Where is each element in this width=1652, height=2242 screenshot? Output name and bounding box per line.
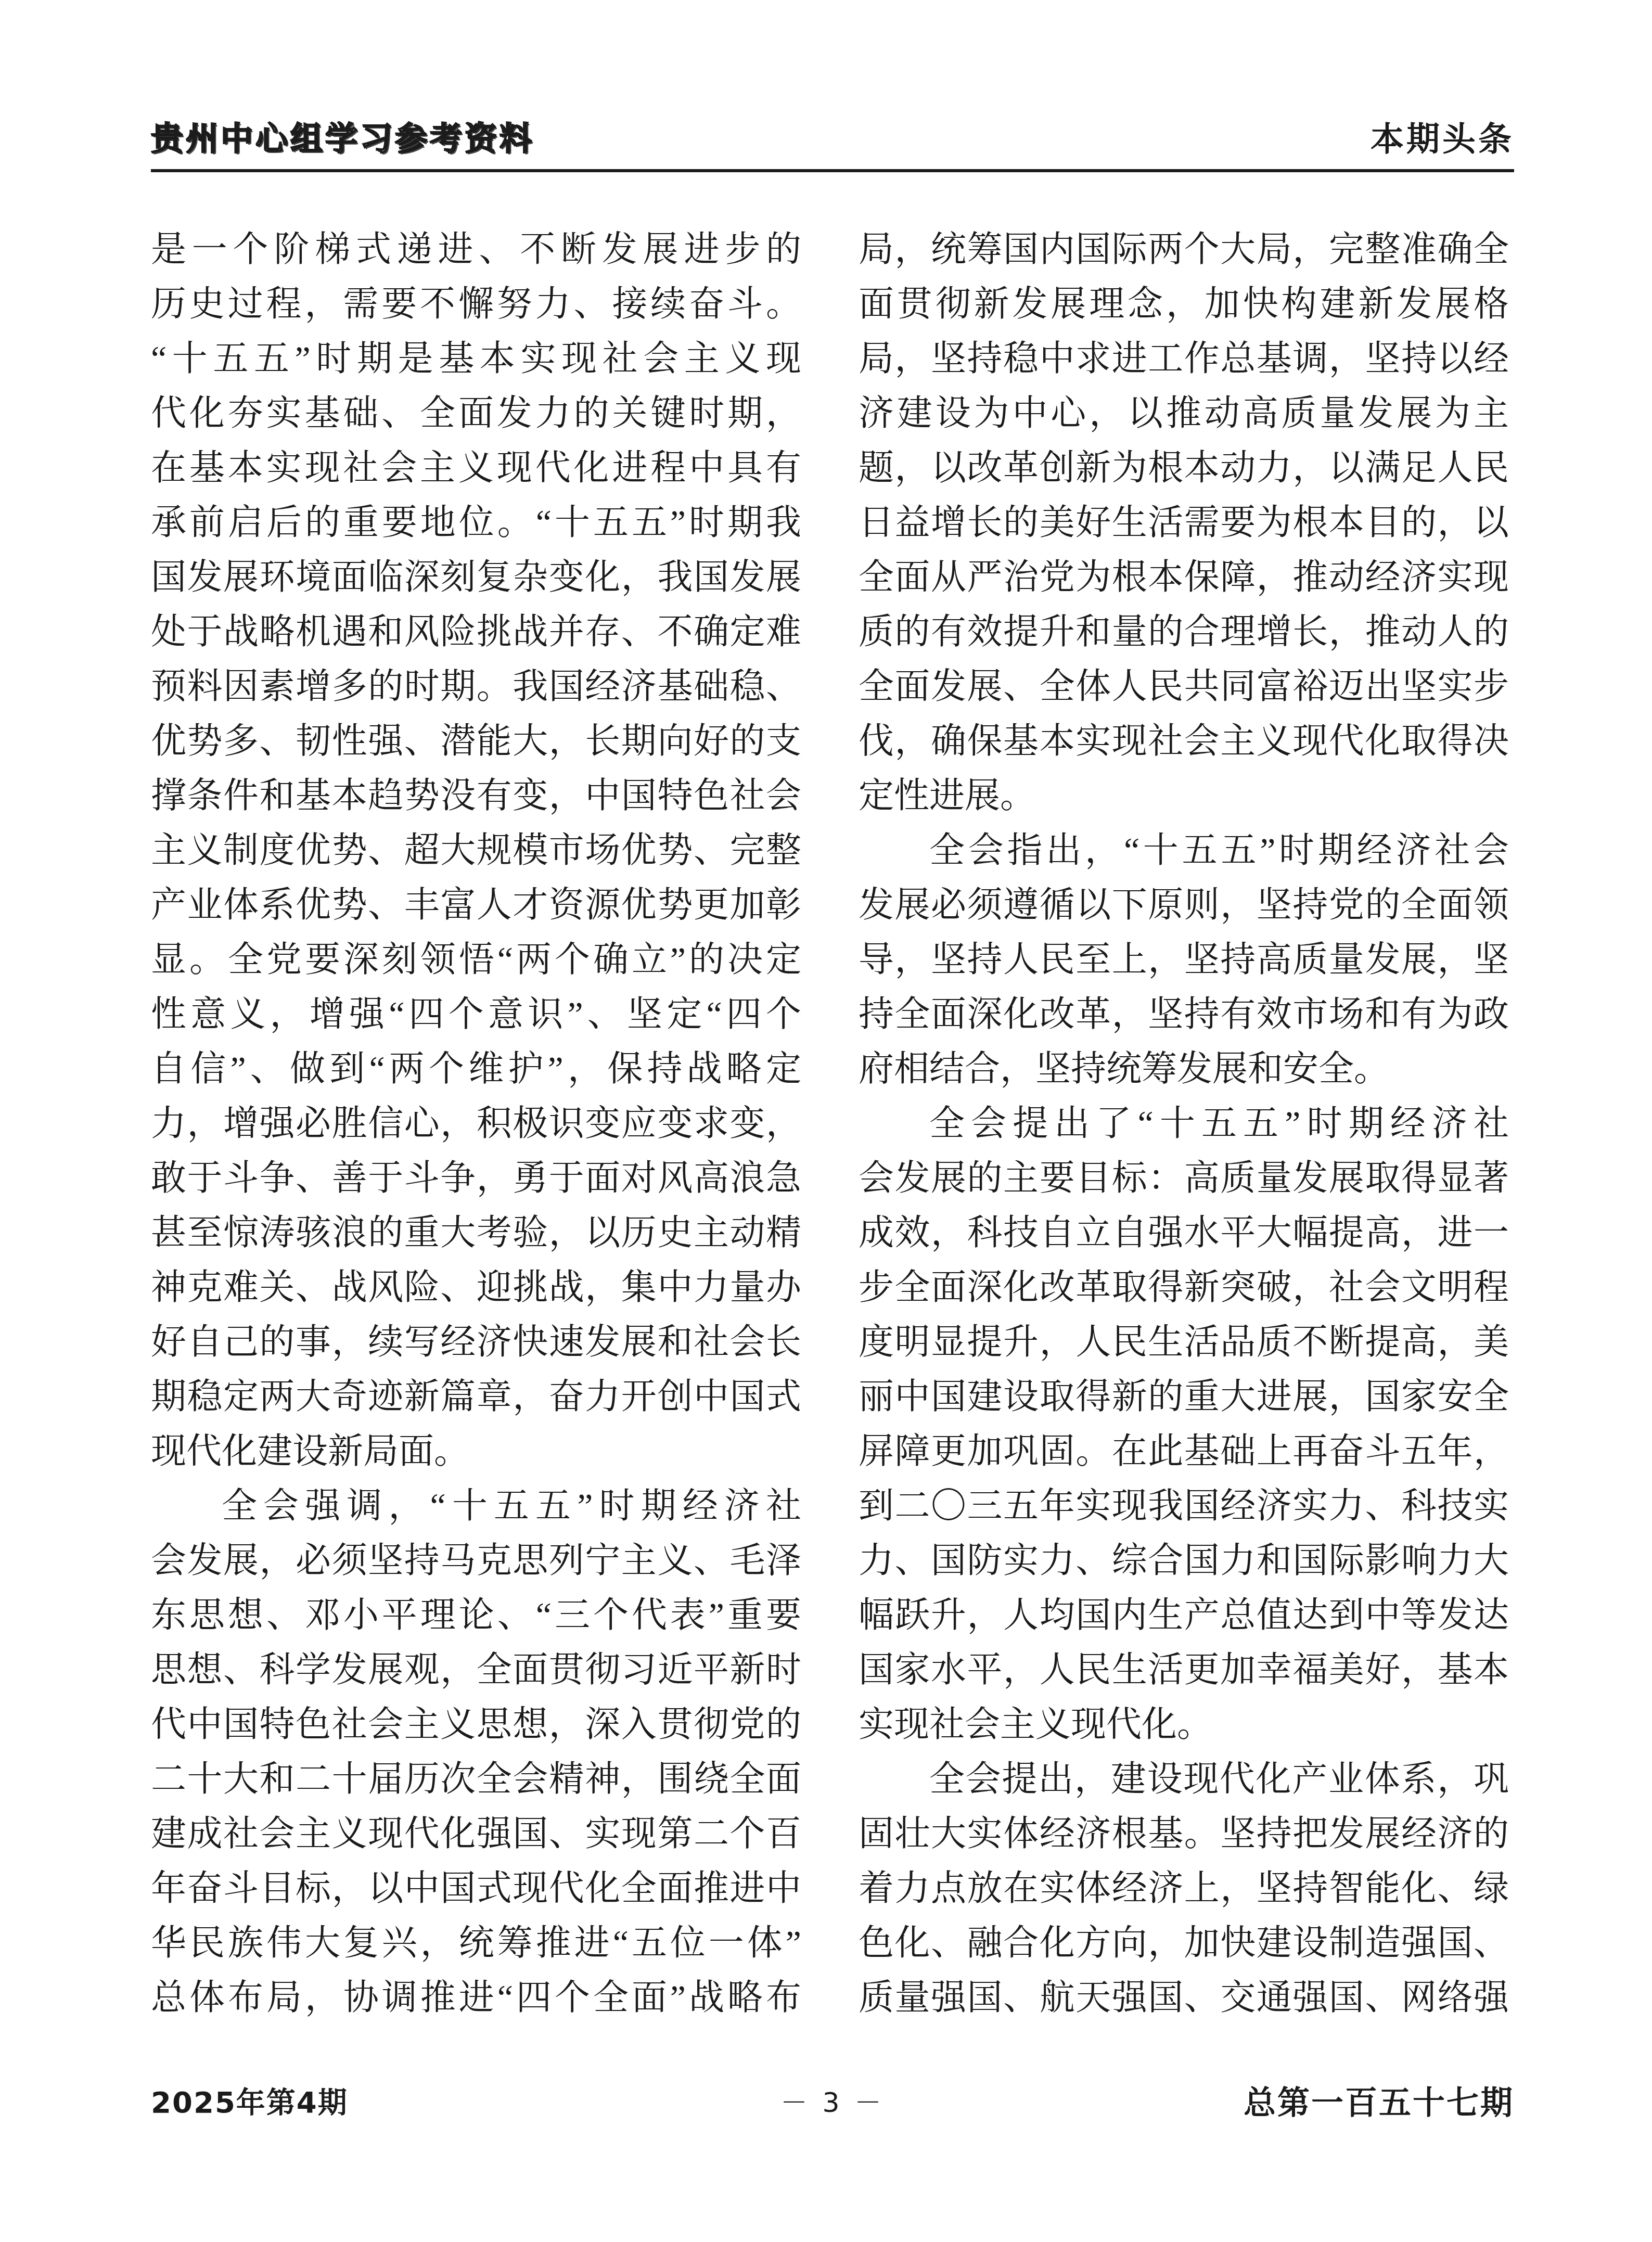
text-line: 好自己的事，续写经济快速发展和社会长: [151, 1315, 801, 1369]
text-line: 度明显提升，人民生活品质不断提高，美: [859, 1315, 1509, 1369]
text-line: 处于战略机遇和风险挑战并存、不确定难: [151, 605, 801, 659]
cumulative-issue-label: 总第一百五十七期: [1244, 2077, 1514, 2123]
text-line: 在基本实现社会主义现代化进程中具有: [151, 441, 801, 495]
text-line: 全会提出，建设现代化产业体系，巩: [859, 1752, 1509, 1807]
text-line: 国家水平，人民生活更加幸福美好，基本: [859, 1643, 1509, 1697]
text-line: 会发展的主要目标：高质量发展取得显著: [859, 1151, 1509, 1206]
text-line: 优势多、韧性强、潜能大，长期向好的支: [151, 714, 801, 768]
text-line: 自信”、做到“两个维护”，保持战略定: [151, 1042, 801, 1096]
text-line: 代化夯实基础、全面发力的关键时期，: [151, 386, 801, 441]
text-line: 全会强调，“十五五”时期经济社: [151, 1479, 801, 1533]
text-line: “十五五”时期是基本实现社会主义现: [151, 331, 801, 386]
text-line: 定性进展。: [859, 768, 1509, 823]
text-line: 现代化建设新局面。: [151, 1424, 801, 1479]
section-label: 本期头条: [1371, 122, 1514, 157]
text-line: 伐，确保基本实现社会主义现代化取得决: [859, 714, 1509, 768]
text-line: 年奋斗目标，以中国式现代化全面推进中: [151, 1861, 801, 1916]
text-line: 固壮大实体经济根基。坚持把发展经济的: [859, 1807, 1509, 1861]
text-line: 历史过程，需要不懈努力、接续奋斗。: [151, 277, 801, 331]
text-line: 到二〇三五年实现我国经济实力、科技实: [859, 1479, 1509, 1533]
text-line: 东思想、邓小平理论、“三个代表”重要: [151, 1588, 801, 1643]
header-divider: [151, 169, 1514, 172]
text-line: 产业体系优势、丰富人才资源优势更加彰: [151, 878, 801, 932]
page-header: 贵州中心组学习参考资料 本期头条: [151, 121, 1514, 157]
text-line: 面贯彻新发展理念，加快构建新发展格: [859, 277, 1509, 331]
text-line: 色化、融合化方向，加快建设制造强国、: [859, 1916, 1509, 1970]
text-line: 步全面深化改革取得新突破，社会文明程: [859, 1260, 1509, 1315]
text-line: 发展必须遵循以下原则，坚持党的全面领: [859, 878, 1509, 932]
text-line: 导，坚持人民至上，坚持高质量发展，坚: [859, 932, 1509, 987]
text-line: 预料因素增多的时期。我国经济基础稳、: [151, 659, 801, 714]
article-body: 是一个阶梯式递进、不断发展进步的 历史过程，需要不懈努力、接续奋斗。 “十五五”…: [151, 222, 1514, 2025]
text-line: 屏障更加巩固。在此基础上再奋斗五年，: [859, 1424, 1509, 1479]
text-line: 全会指出，“十五五”时期经济社会: [859, 823, 1509, 878]
text-line: 府相结合，坚持统筹发展和安全。: [859, 1042, 1509, 1096]
text-line: 总体布局，协调推进“四个全面”战略布: [151, 1970, 801, 2025]
text-line: 质量强国、航天强国、交通强国、网络强: [859, 1970, 1509, 2025]
text-line: 题，以改革创新为根本动力，以满足人民: [859, 441, 1509, 495]
text-line: 力、国防实力、综合国力和国际影响力大: [859, 1533, 1509, 1588]
text-line: 华民族伟大复兴，统筹推进“五位一体”: [151, 1916, 801, 1970]
text-line: 着力点放在实体经济上，坚持智能化、绿: [859, 1861, 1509, 1916]
page-footer: 2025年第4期 － 3 － 总第一百五十七期: [151, 2077, 1514, 2123]
right-column: 局，统筹国内国际两个大局，完整准确全 面贯彻新发展理念，加快构建新发展格 局，坚…: [859, 222, 1509, 2025]
document-page: 贵州中心组学习参考资料 本期头条 是一个阶梯式递进、不断发展进步的 历史过程，需…: [0, 0, 1652, 2242]
text-line: 成效，科技自立自强水平大幅提高，进一: [859, 1206, 1509, 1260]
text-line: 主义制度优势、超大规模市场优势、完整: [151, 823, 801, 878]
text-line: 济建设为中心，以推动高质量发展为主: [859, 386, 1509, 441]
text-line: 承前启后的重要地位。“十五五”时期我: [151, 495, 801, 550]
text-line: 显。全党要深刻领悟“两个确立”的决定: [151, 932, 801, 987]
text-line: 全会提出了“十五五”时期经济社: [859, 1096, 1509, 1151]
text-line: 质的有效提升和量的合理增长，推动人的: [859, 605, 1509, 659]
page-number: － 3 －: [780, 2081, 885, 2120]
text-line: 全面从严治党为根本保障，推动经济实现: [859, 550, 1509, 605]
text-line: 全面发展、全体人民共同富裕迈出坚实步: [859, 659, 1509, 714]
text-line: 局，坚持稳中求进工作总基调，坚持以经: [859, 331, 1509, 386]
text-line: 甚至惊涛骇浪的重大考验，以历史主动精: [151, 1206, 801, 1260]
text-line: 敢于斗争、善于斗争，勇于面对风高浪急: [151, 1151, 801, 1206]
text-line: 建成社会主义现代化强国、实现第二个百: [151, 1807, 801, 1861]
text-line: 会发展，必须坚持马克思列宁主义、毛泽: [151, 1533, 801, 1588]
text-line: 性意义，增强“四个意识”、坚定“四个: [151, 987, 801, 1042]
issue-label: 2025年第4期: [151, 2080, 348, 2121]
text-line: 是一个阶梯式递进、不断发展进步的: [151, 222, 801, 277]
text-line: 思想、科学发展观，全面贯彻习近平新时: [151, 1643, 801, 1697]
text-line: 二十大和二十届历次全会精神，围绕全面: [151, 1752, 801, 1807]
text-line: 神克难关、战风险、迎挑战，集中力量办: [151, 1260, 801, 1315]
left-column: 是一个阶梯式递进、不断发展进步的 历史过程，需要不懈努力、接续奋斗。 “十五五”…: [151, 222, 801, 2025]
text-line: 期稳定两大奇迹新篇章，奋力开创中国式: [151, 1369, 801, 1424]
text-line: 代中国特色社会主义思想，深入贯彻党的: [151, 1697, 801, 1752]
publication-title: 贵州中心组学习参考资料: [151, 121, 534, 157]
text-line: 幅跃升，人均国内生产总值达到中等发达: [859, 1588, 1509, 1643]
text-line: 力，增强必胜信心，积极识变应变求变，: [151, 1096, 801, 1151]
text-line: 撑条件和基本趋势没有变，中国特色社会: [151, 768, 801, 823]
text-line: 国发展环境面临深刻复杂变化，我国发展: [151, 550, 801, 605]
text-line: 实现社会主义现代化。: [859, 1697, 1509, 1752]
text-line: 丽中国建设取得新的重大进展，国家安全: [859, 1369, 1509, 1424]
text-line: 局，统筹国内国际两个大局，完整准确全: [859, 222, 1509, 277]
text-line: 持全面深化改革，坚持有效市场和有为政: [859, 987, 1509, 1042]
text-line: 日益增长的美好生活需要为根本目的，以: [859, 495, 1509, 550]
